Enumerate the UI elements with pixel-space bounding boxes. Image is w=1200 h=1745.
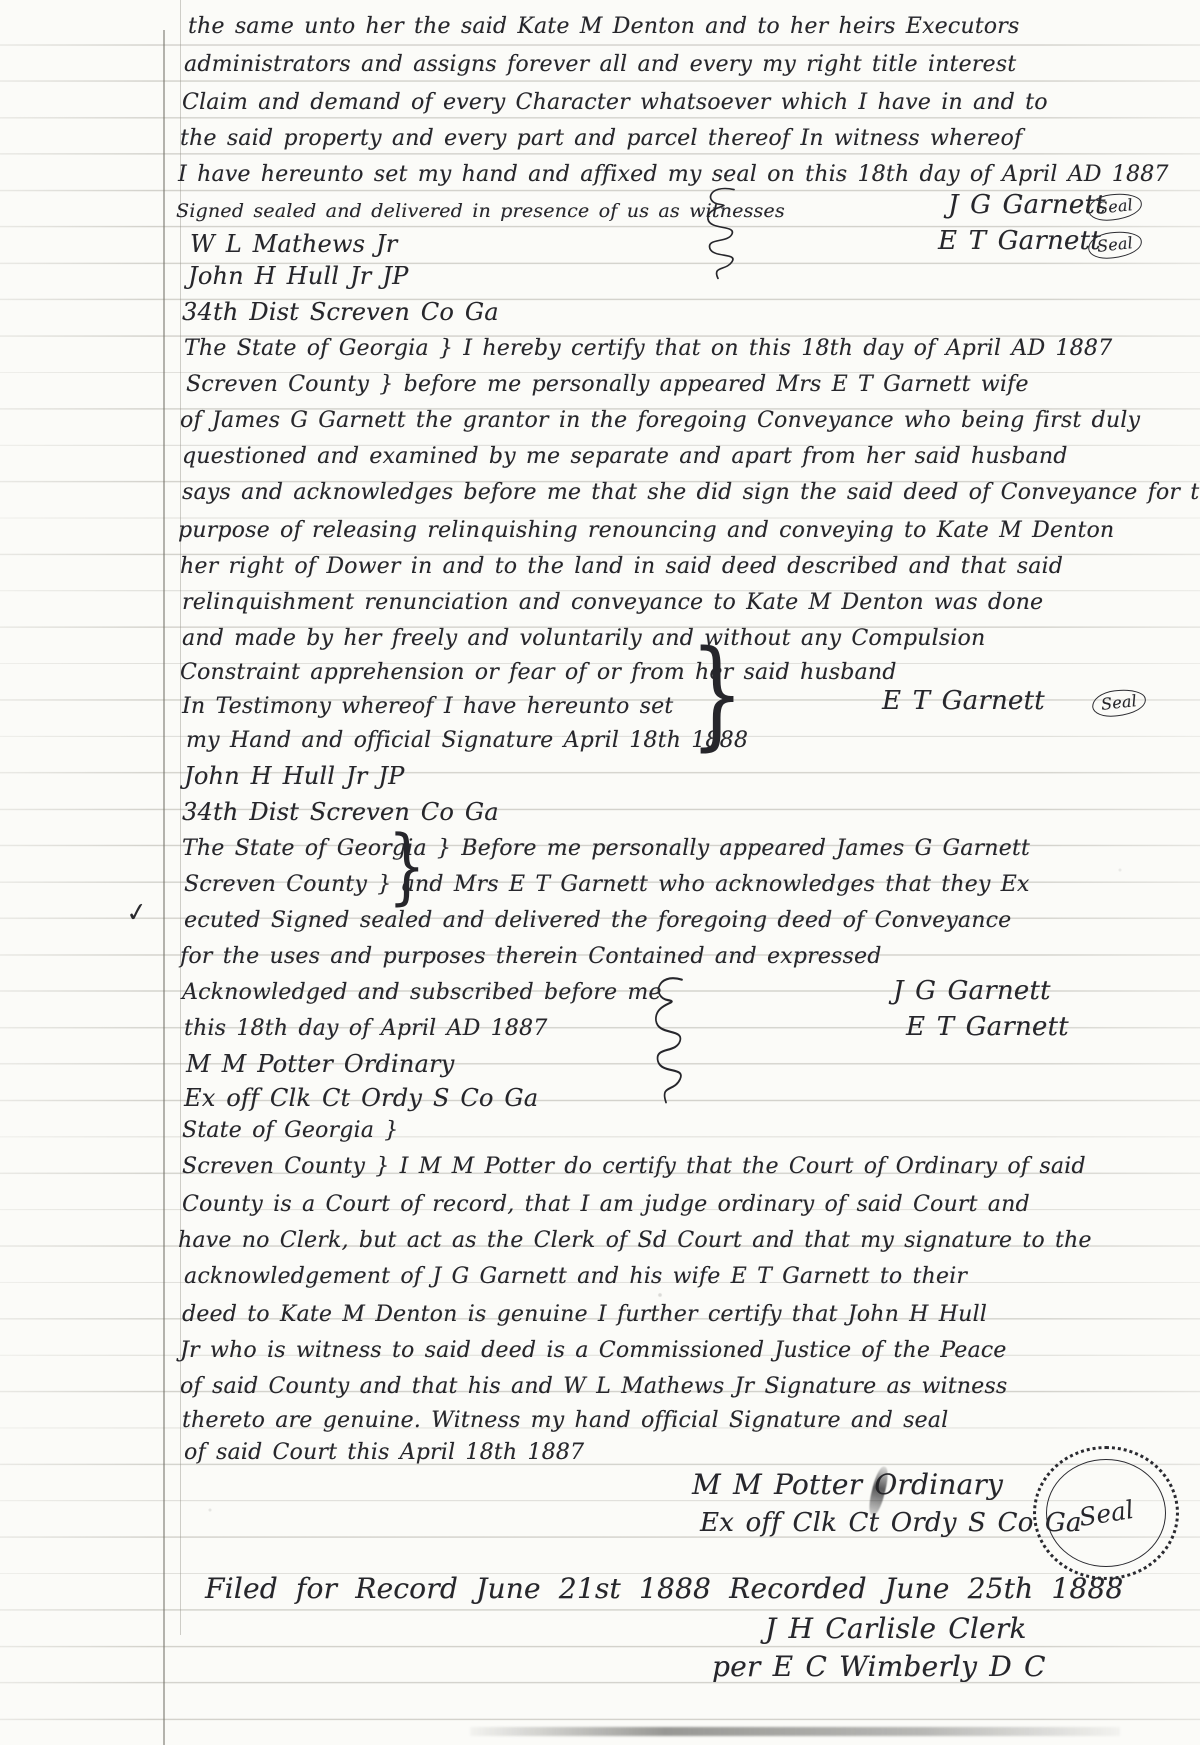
handwritten-line: this 18th day of April AD 1887 bbox=[184, 1016, 547, 1042]
signature-text: Ex off Clk Ct Ordy S Co Ga bbox=[700, 1508, 1082, 1539]
handwritten-line: of said County and that his and W L Math… bbox=[180, 1374, 1007, 1400]
handwritten-line: says and acknowledges before me that she… bbox=[182, 480, 1200, 506]
handwritten-line: administrators and assigns forever all a… bbox=[184, 52, 1016, 78]
signature-text: M M Potter Ordinary bbox=[186, 1050, 454, 1079]
handwritten-line: I have hereunto set my hand and affixed … bbox=[178, 162, 1169, 188]
handwritten-line: her right of Dower in and to the land in… bbox=[180, 554, 1063, 580]
signature-text: 34th Dist Screven Co Ga bbox=[182, 298, 499, 327]
handwritten-line: County is a Court of record, that I am j… bbox=[182, 1192, 1030, 1218]
handwritten-line: thereto are genuine. Witness my hand off… bbox=[182, 1408, 948, 1434]
handwritten-line: Screven County } and Mrs E T Garnett who… bbox=[184, 872, 1030, 898]
handwritten-brace-icon: } bbox=[388, 830, 426, 904]
handwriting-layer: the same unto her the said Kate M Denton… bbox=[0, 0, 1200, 1745]
handwritten-line: for the uses and purposes therein Contai… bbox=[180, 944, 882, 970]
signature-text: W L Mathews Jr bbox=[190, 230, 397, 259]
handwritten-line: The State of Georgia } Before me persona… bbox=[182, 836, 1030, 862]
handwritten-line: Screven County } I M M Potter do certify… bbox=[182, 1154, 1086, 1180]
signature-text: per E C Wimberly D C bbox=[712, 1650, 1046, 1684]
handwritten-line: acknowledgement of J G Garnett and his w… bbox=[184, 1264, 967, 1290]
handwritten-line: Screven County } before me personally ap… bbox=[186, 372, 1029, 398]
handwritten-line: have no Clerk, but act as the Clerk of S… bbox=[178, 1228, 1092, 1254]
handwritten-line: and made by her freely and voluntarily a… bbox=[182, 626, 985, 652]
handwritten-line: In Testimony whereof I have hereunto set bbox=[182, 694, 673, 720]
signature-text: John H Hull Jr JP bbox=[184, 762, 404, 791]
seal-stamp: Seal bbox=[1091, 687, 1147, 719]
signature-text: 34th Dist Screven Co Ga bbox=[182, 798, 499, 827]
handwritten-line: Jr who is witness to said deed is a Comm… bbox=[180, 1338, 1007, 1364]
handwritten-line: deed to Kate M Denton is genuine I furth… bbox=[182, 1302, 987, 1328]
signature-text: John H Hull Jr JP bbox=[188, 262, 408, 291]
handwritten-line: purpose of releasing relinquishing renou… bbox=[178, 518, 1114, 544]
signature-text: E T Garnett bbox=[938, 226, 1101, 257]
handwritten-line: Claim and demand of every Character what… bbox=[182, 90, 1048, 116]
signature-text: J G Garnett bbox=[893, 976, 1051, 1007]
signature-text: J H Carlisle Clerk bbox=[765, 1612, 1027, 1646]
handwritten-line: the same unto her the said Kate M Denton… bbox=[188, 14, 1019, 40]
handwritten-line: my Hand and official Signature April 18t… bbox=[186, 728, 748, 754]
court-seal-stamp: Seal bbox=[1033, 1446, 1179, 1580]
handwritten-line: State of Georgia } bbox=[182, 1118, 398, 1144]
handwritten-line: questioned and examined by me separate a… bbox=[182, 444, 1067, 470]
signature-text: Ex off Clk Ct Ordy S Co Ga bbox=[184, 1084, 538, 1113]
scan-artifact bbox=[470, 1727, 1120, 1736]
handwritten-brace-icon: } bbox=[690, 640, 744, 746]
handwritten-line: of James G Garnett the grantor in the fo… bbox=[180, 408, 1140, 434]
handwritten-line: Constraint apprehension or fear of or fr… bbox=[180, 660, 897, 686]
handwritten-line: of said Court this April 18th 1887 bbox=[184, 1440, 584, 1466]
handwritten-line: The State of Georgia } I hereby certify … bbox=[184, 336, 1112, 362]
handwritten-line: Filed for Record June 21st 1888 Recorded… bbox=[205, 1572, 1123, 1606]
handwritten-line: Acknowledged and subscribed before me bbox=[182, 980, 662, 1006]
pen-flourish-icon bbox=[642, 972, 688, 1110]
court-seal-label: Seal bbox=[1077, 1494, 1136, 1531]
handwritten-line: the said property and every part and par… bbox=[180, 126, 1022, 152]
signature-text: M M Potter Ordinary bbox=[692, 1468, 1003, 1502]
margin-checkmark-icon: ✓ bbox=[124, 897, 150, 930]
signature-text: E T Garnett bbox=[906, 1012, 1069, 1043]
scanned-document-page: the same unto her the said Kate M Denton… bbox=[0, 0, 1200, 1745]
signature-text: E T Garnett bbox=[882, 686, 1045, 717]
handwritten-line: relinquishment renunciation and conveyan… bbox=[182, 590, 1043, 616]
signature-text: J G Garnett bbox=[948, 190, 1106, 221]
handwritten-line: ecuted Signed sealed and delivered the f… bbox=[184, 908, 1011, 934]
pen-flourish-icon bbox=[694, 184, 740, 284]
